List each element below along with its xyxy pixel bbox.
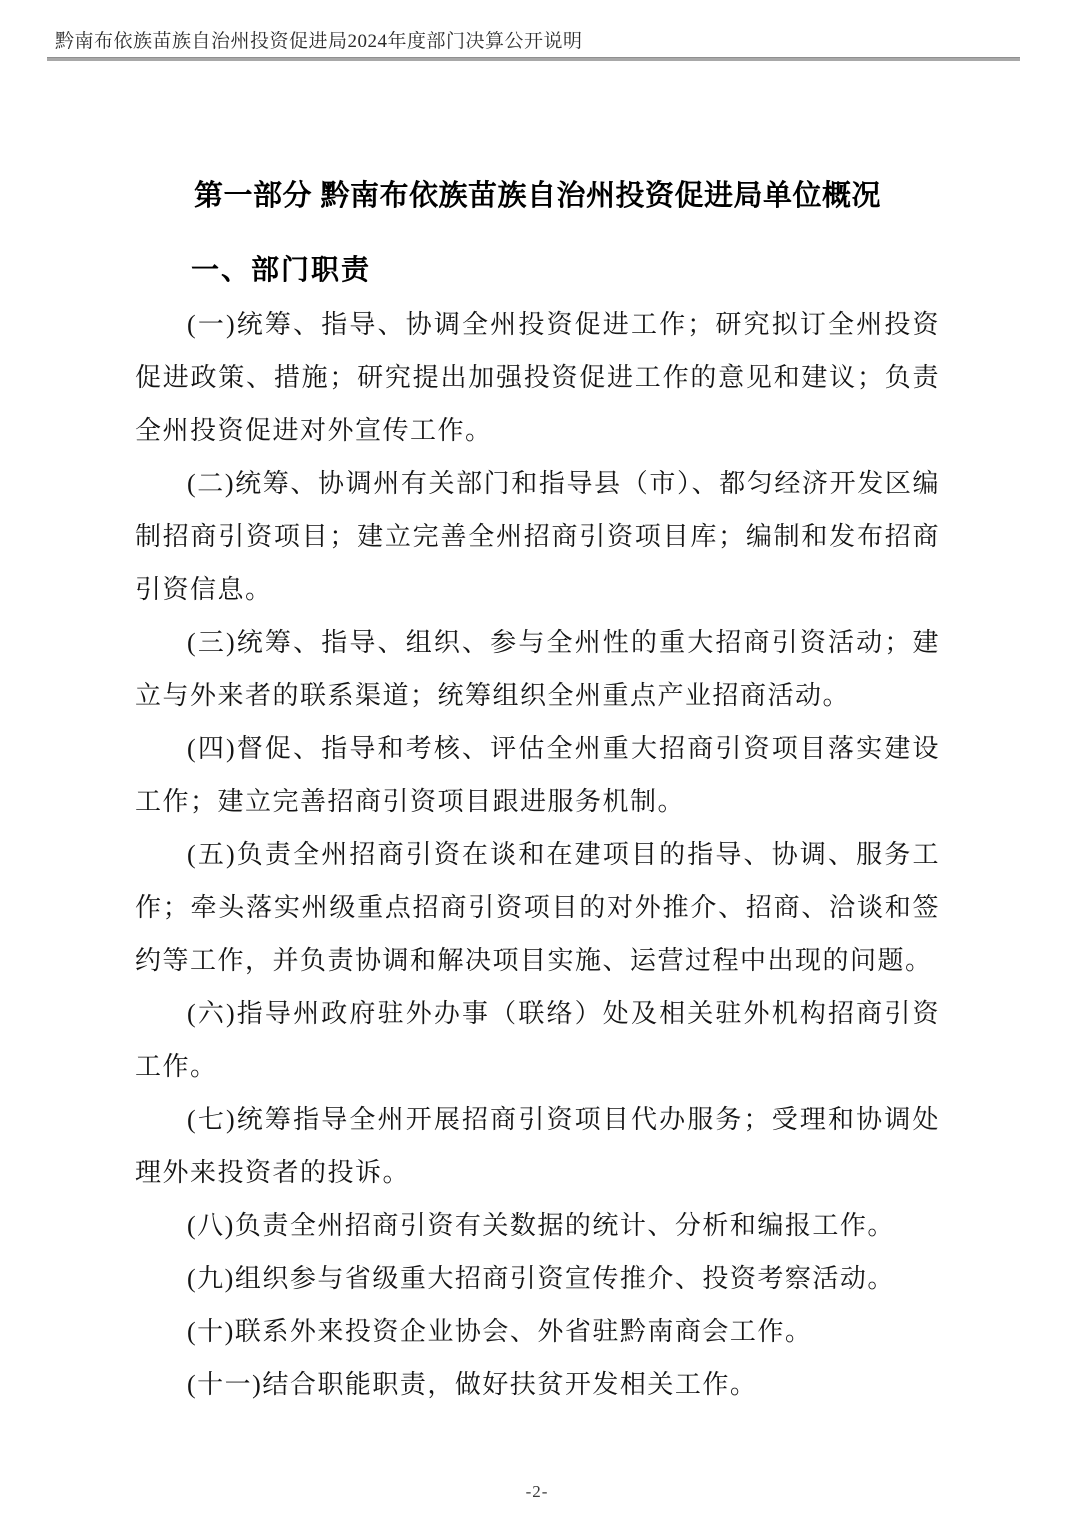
header-title: 黔南布依族苗族自治州投资促进局2024年度部门决算公开说明	[55, 30, 1074, 54]
document-body: 第一部分 黔南布依族苗族自治州投资促进局单位概况 一、部门职责 (一)统筹、指导…	[135, 176, 940, 1411]
duty-paragraph-2: (二)统筹、协调州有关部门和指导县（市）、都匀经济开发区编制招商引资项目；建立完…	[135, 457, 940, 616]
duty-paragraph-8: (八)负责全州招商引资有关数据的统计、分析和编报工作。	[135, 1199, 940, 1252]
duty-paragraph-7: (七)统筹指导全州开展招商引资项目代办服务；受理和协调处理外来投资者的投诉。	[135, 1093, 940, 1199]
page-header: 黔南布依族苗族自治州投资促进局2024年度部门决算公开说明	[0, 0, 1074, 61]
duty-paragraph-10: (十)联系外来投资企业协会、外省驻黔南商会工作。	[135, 1305, 940, 1358]
duty-paragraph-6: (六)指导州政府驻外办事（联络）处及相关驻外机构招商引资工作。	[135, 987, 940, 1093]
duty-paragraph-11: (十一)结合职能职责，做好扶贫开发相关工作。	[135, 1358, 940, 1411]
duties-list: (一)统筹、指导、协调全州投资促进工作；研究拟订全州投资促进政策、措施；研究提出…	[135, 298, 940, 1411]
header-divider	[47, 57, 1020, 61]
duty-paragraph-3: (三)统筹、指导、组织、参与全州性的重大招商引资活动；建立与外来者的联系渠道；统…	[135, 616, 940, 722]
duty-paragraph-1: (一)统筹、指导、协调全州投资促进工作；研究拟订全州投资促进政策、措施；研究提出…	[135, 298, 940, 457]
duty-paragraph-5: (五)负责全州招商引资在谈和在建项目的指导、协调、服务工作；牵头落实州级重点招商…	[135, 828, 940, 987]
page-title: 第一部分 黔南布依族苗族自治州投资促进局单位概况	[135, 176, 940, 216]
duty-paragraph-9: (九)组织参与省级重大招商引资宣传推介、投资考察活动。	[135, 1252, 940, 1305]
page-number: -2-	[0, 1482, 1074, 1502]
duty-paragraph-4: (四)督促、指导和考核、评估全州重大招商引资项目落实建设工作；建立完善招商引资项…	[135, 722, 940, 828]
section-heading: 一、部门职责	[135, 252, 940, 288]
